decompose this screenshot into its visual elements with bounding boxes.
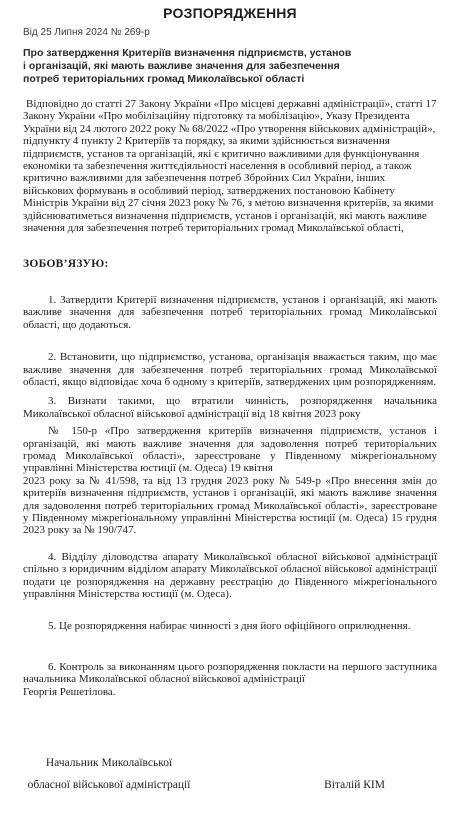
signatory-position: Начальник Миколаївської обласної військо… — [23, 752, 195, 796]
document-date-number: Від 25 Липня 2024 № 269-р — [23, 27, 437, 39]
preamble-paragraph: Відповідно до статті 27 Закону України «… — [23, 98, 437, 234]
resolve-heading: ЗОБОВ’ЯЗУЮ: — [23, 258, 437, 270]
order-item-3-continuation: № 150-р «Про затвердження критеріїв визн… — [23, 425, 437, 537]
order-item-1: 1. Затвердити Критерії визначення підпри… — [23, 294, 437, 331]
order-item-3: 3. Визнати такими, що втратили чинність,… — [23, 395, 437, 420]
document-subject: Про затвердження Критеріїв визначення пі… — [23, 47, 437, 86]
order-item-4: 4. Відділу діловодства апарату Миколаївс… — [23, 551, 437, 601]
order-item-5: 5. Це розпорядження набирає чинності з д… — [23, 620, 437, 632]
signatory-name: Віталій КІМ — [324, 774, 385, 796]
signature-block: Начальник Миколаївської обласної військо… — [23, 752, 437, 796]
order-item-2: 2. Встановити, що підприємство, установа… — [23, 351, 437, 388]
document-page: РОЗПОРЯДЖЕННЯ Від 25 Липня 2024 № 269-р … — [0, 0, 460, 825]
document-title: РОЗПОРЯДЖЕННЯ — [23, 6, 437, 21]
order-item-6: 6. Контроль за виконанням цього розпоряд… — [23, 661, 437, 698]
